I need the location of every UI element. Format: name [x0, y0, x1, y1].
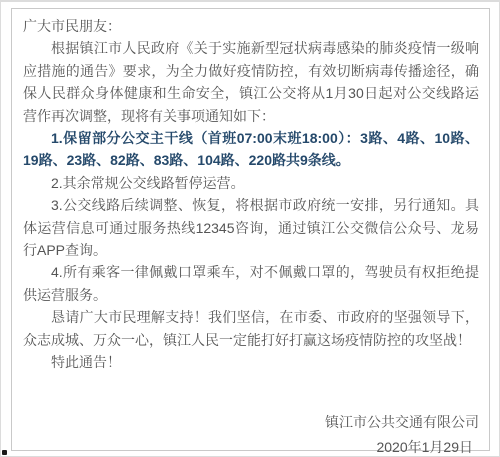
scan-artifact-dot — [2, 450, 7, 455]
proclamation: 特此通告！ — [23, 351, 479, 373]
salutation: 广大市民朋友： — [23, 15, 479, 37]
item-2-other-lines-suspended: 2.其余常规公交线路暂停运营。 — [23, 172, 479, 194]
closing-paragraph: 恳请广大市民理解支持！我们坚信，在市委、市政府的坚强领导下，众志成城、万众一心，… — [23, 306, 479, 351]
signature-date: 2020年1月29日 — [23, 435, 473, 457]
signature-company: 镇江市公共交通有限公司 — [23, 410, 479, 435]
item-1-retained-trunk-lines: 1.保留部分公交主干线（首班07:00末班18:00）：3路、4路、10路、19… — [23, 127, 479, 172]
item-4-mask-requirement: 4.所有乘客一律佩戴口罩乘车，对不佩戴口罩的，驾驶员有权拒绝提供运营服务。 — [23, 261, 479, 306]
item-3-future-adjustments-hotline: 3.公交线路后续调整、恢复，将根据市政府统一安排，另行通知。具体运营信息可通过服… — [23, 194, 479, 261]
signature-block: 镇江市公共交通有限公司 2020年1月29日 — [23, 410, 479, 457]
intro-paragraph: 根据镇江市人民政府《关于实施新型冠状病毒感染的肺炎疫情一级响应措施的通告》要求，… — [23, 37, 479, 127]
notice-paper: 广大市民朋友： 根据镇江市人民政府《关于实施新型冠状病毒感染的肺炎疫情一级响应措… — [11, 8, 490, 451]
notice-page: 广大市民朋友： 根据镇江市人民政府《关于实施新型冠状病毒感染的肺炎疫情一级响应措… — [0, 0, 500, 457]
